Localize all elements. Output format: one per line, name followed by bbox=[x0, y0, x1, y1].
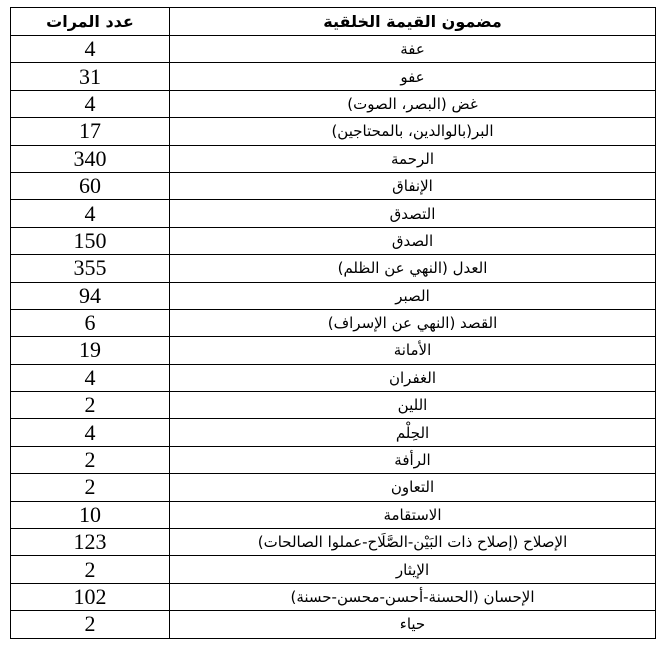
count-cell: 10 bbox=[11, 501, 170, 528]
count-cell: 2 bbox=[11, 556, 170, 583]
table-row: 4غض (البصر، الصوت) bbox=[11, 90, 656, 117]
table-row: 60الإنفاق bbox=[11, 172, 656, 199]
value-cell: الاستقامة bbox=[170, 501, 656, 528]
count-cell: 94 bbox=[11, 282, 170, 309]
count-cell: 2 bbox=[11, 446, 170, 473]
table-row: 150الصدق bbox=[11, 227, 656, 254]
count-cell: 102 bbox=[11, 583, 170, 610]
table-row: 4الغفران bbox=[11, 364, 656, 391]
value-cell: الأمانة bbox=[170, 337, 656, 364]
count-cell: 4 bbox=[11, 364, 170, 391]
count-cell: 19 bbox=[11, 337, 170, 364]
count-cell: 2 bbox=[11, 611, 170, 638]
table-row: 6القصد (النهي عن الإسراف) bbox=[11, 309, 656, 336]
table-row: 10الاستقامة bbox=[11, 501, 656, 528]
header-value: مضمون القيمة الخلقية bbox=[170, 8, 656, 36]
table-row: 31عفو bbox=[11, 63, 656, 90]
table-row: 4عفة bbox=[11, 36, 656, 63]
count-cell: 60 bbox=[11, 172, 170, 199]
value-cell: البر(بالوالدين، بالمحتاجين) bbox=[170, 118, 656, 145]
table-row: 4الحِلْم bbox=[11, 419, 656, 446]
value-cell: الإحسان (الحسنة-أحسن-محسن-حسنة) bbox=[170, 583, 656, 610]
value-cell: الرحمة bbox=[170, 145, 656, 172]
count-cell: 4 bbox=[11, 419, 170, 446]
count-cell: 355 bbox=[11, 255, 170, 282]
count-cell: 2 bbox=[11, 392, 170, 419]
value-cell: حياء bbox=[170, 611, 656, 638]
table-row: 2حياء bbox=[11, 611, 656, 638]
value-cell: القصد (النهي عن الإسراف) bbox=[170, 309, 656, 336]
value-cell: عفة bbox=[170, 36, 656, 63]
value-cell: الحِلْم bbox=[170, 419, 656, 446]
value-cell: الإصلاح (إصلاح ذات البَيْن-الصَّلَاح-عمل… bbox=[170, 529, 656, 556]
header-count: عدد المرات bbox=[11, 8, 170, 36]
count-cell: 150 bbox=[11, 227, 170, 254]
value-cell: التعاون bbox=[170, 474, 656, 501]
count-cell: 4 bbox=[11, 90, 170, 117]
header-row: عدد المرات مضمون القيمة الخلقية bbox=[11, 8, 656, 36]
table-row: 102الإحسان (الحسنة-أحسن-محسن-حسنة) bbox=[11, 583, 656, 610]
table-row: 4التصدق bbox=[11, 200, 656, 227]
count-cell: 17 bbox=[11, 118, 170, 145]
value-cell: الإنفاق bbox=[170, 172, 656, 199]
value-cell: الرأفة bbox=[170, 446, 656, 473]
table-row: 17البر(بالوالدين، بالمحتاجين) bbox=[11, 118, 656, 145]
value-cell: العدل (النهي عن الظلم) bbox=[170, 255, 656, 282]
value-cell: غض (البصر، الصوت) bbox=[170, 90, 656, 117]
table-row: 2الإيثار bbox=[11, 556, 656, 583]
count-cell: 31 bbox=[11, 63, 170, 90]
value-cell: عفو bbox=[170, 63, 656, 90]
count-cell: 4 bbox=[11, 200, 170, 227]
table-body: 4عفة31عفو4غض (البصر، الصوت)17البر(بالوال… bbox=[11, 36, 656, 639]
table-row: 2الرأفة bbox=[11, 446, 656, 473]
count-cell: 2 bbox=[11, 474, 170, 501]
table-row: 94الصبر bbox=[11, 282, 656, 309]
table-row: 355العدل (النهي عن الظلم) bbox=[11, 255, 656, 282]
table-row: 19الأمانة bbox=[11, 337, 656, 364]
count-cell: 123 bbox=[11, 529, 170, 556]
table-row: 123الإصلاح (إصلاح ذات البَيْن-الصَّلَاح-… bbox=[11, 529, 656, 556]
table-row: 340الرحمة bbox=[11, 145, 656, 172]
value-cell: اللين bbox=[170, 392, 656, 419]
value-cell: التصدق bbox=[170, 200, 656, 227]
value-cell: الصدق bbox=[170, 227, 656, 254]
table-row: 2اللين bbox=[11, 392, 656, 419]
table-row: 2التعاون bbox=[11, 474, 656, 501]
value-cell: الصبر bbox=[170, 282, 656, 309]
value-cell: الإيثار bbox=[170, 556, 656, 583]
count-cell: 6 bbox=[11, 309, 170, 336]
moral-values-table: عدد المرات مضمون القيمة الخلقية 4عفة31عف… bbox=[10, 7, 656, 639]
count-cell: 4 bbox=[11, 36, 170, 63]
count-cell: 340 bbox=[11, 145, 170, 172]
value-cell: الغفران bbox=[170, 364, 656, 391]
